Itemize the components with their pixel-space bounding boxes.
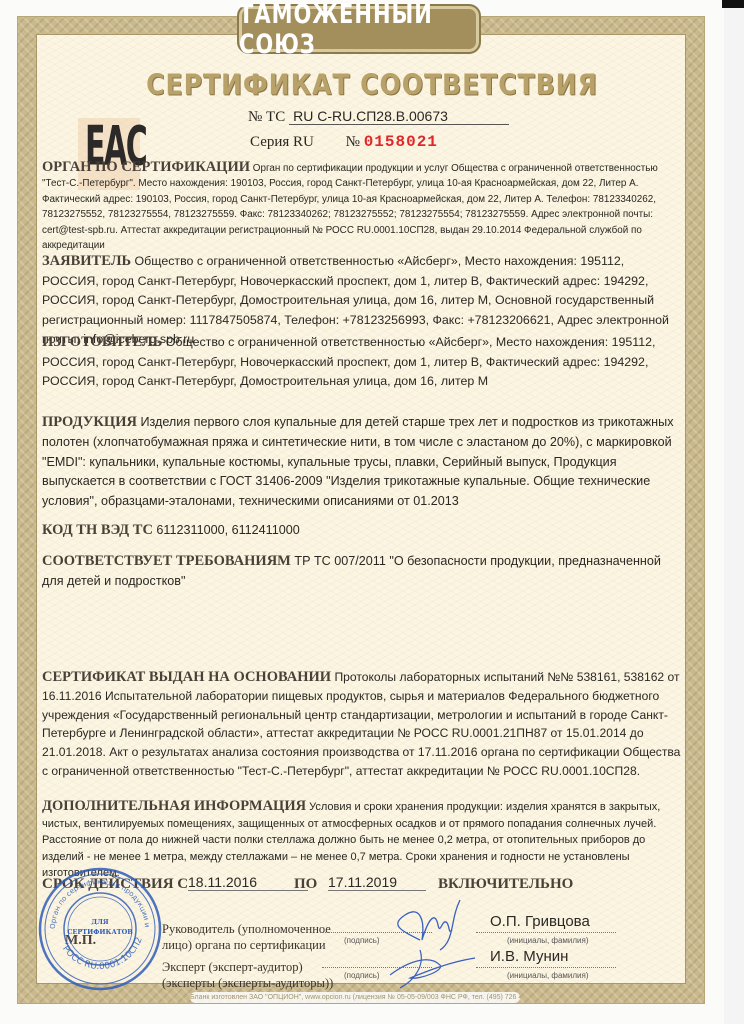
expert-signature-caption: (подпись) — [344, 971, 380, 980]
expert-label-line-2: (эксперты (эксперты-аудиторы)) — [162, 975, 333, 991]
head-label-line-2: лицо) органа по сертификации — [162, 937, 331, 953]
series-label: Серия RU — [250, 134, 314, 150]
section-hs-code: КОД ТН ВЭД ТС 6112311000, 6112411000 — [42, 522, 682, 539]
expert-label: Эксперт (эксперт-аудитор) (эксперты (экс… — [162, 959, 333, 991]
certificate-number: № ТС RU C-RU.СП28.В.00673 — [248, 108, 509, 126]
section-heading: ИЗГОТОВИТЕЛЬ — [42, 334, 162, 350]
certificate-title: СЕРТИФИКАТ СООТВЕТСТВИЯ — [0, 68, 744, 101]
section-requirements: СООТВЕТСТВУЕТ ТРЕБОВАНИЯМ ТР ТС 007/2011… — [42, 552, 682, 592]
expert-label-line-1: Эксперт (эксперт-аудитор) — [162, 959, 333, 975]
expert-name-caption: (инициалы, фамилия) — [507, 971, 589, 980]
section-issue-basis: СЕРТИФИКАТ ВЫДАН НА ОСНОВАНИИ Протоколы … — [42, 668, 682, 781]
official-stamp-icon: ДЛЯ СЕРТИФИКАТОВ Орган по сертификации п… — [37, 866, 163, 992]
section-text: 6112311000, 6112411000 — [156, 523, 299, 537]
head-name: О.П. Гривцова — [490, 913, 590, 930]
certificate-number-value: RU C-RU.СП28.В.00673 — [289, 108, 509, 125]
series-no-label: № — [346, 134, 360, 150]
series-no-value: 0158021 — [364, 133, 438, 151]
customs-union-label: ТАМОЖЕННЫЙ СОЮЗ — [239, 0, 479, 59]
handwritten-signatures-icon — [380, 880, 500, 990]
svg-text:СЕРТИФИКАТОВ: СЕРТИФИКАТОВ — [67, 928, 133, 936]
section-heading: ОРГАН ПО СЕРТИФИКАЦИИ — [42, 159, 250, 175]
svg-text:ДЛЯ: ДЛЯ — [91, 918, 109, 926]
head-label: Руководитель (уполномоченное лицо) орган… — [162, 921, 331, 953]
section-heading: СООТВЕТСТВУЕТ ТРЕБОВАНИЯМ — [42, 553, 291, 569]
section-text: Орган по сертификации продукции и услуг … — [42, 163, 658, 251]
section-heading: ЗАЯВИТЕЛЬ — [42, 253, 131, 269]
head-name-caption: (инициалы, фамилия) — [507, 936, 589, 945]
scan-edge-dark — [722, 0, 744, 8]
section-heading: КОД ТН ВЭД ТС — [42, 522, 153, 538]
head-signature-caption: (подпись) — [344, 936, 380, 945]
validity-to-label: ПО — [294, 876, 317, 893]
section-text: Протоколы лабораторных испытаний №№ 5381… — [42, 670, 680, 778]
scan-edge — [724, 0, 744, 1024]
section-heading: СЕРТИФИКАТ ВЫДАН НА ОСНОВАНИИ — [42, 669, 331, 685]
series-number: Серия RU № 0158021 — [250, 133, 438, 151]
section-text: Изделия первого слоя купальные для детей… — [42, 415, 674, 508]
head-label-line-1: Руководитель (уполномоченное — [162, 921, 331, 937]
section-heading: ДОПОЛНИТЕЛЬНАЯ ИНФОРМАЦИЯ — [42, 798, 306, 814]
customs-union-badge: ТАМОЖЕННЫЙ СОЮЗ — [237, 4, 481, 54]
certificate-number-label: № ТС — [248, 109, 285, 125]
section-product: ПРОДУКЦИЯ Изделия первого слоя купальные… — [42, 413, 682, 512]
printer-footer: Бланк изготовлен ЗАО "ОПЦИОН", www.opcio… — [190, 992, 520, 1003]
expert-name: И.В. Мунин — [490, 948, 568, 965]
section-manufacturer: ИЗГОТОВИТЕЛЬ Общество с ограниченной отв… — [42, 333, 682, 392]
section-certification-body: ОРГАН ПО СЕРТИФИКАЦИИ Орган по сертифика… — [42, 160, 682, 253]
section-heading: ПРОДУКЦИЯ — [42, 414, 137, 430]
validity-from-date: 18.11.2016 — [188, 874, 308, 891]
